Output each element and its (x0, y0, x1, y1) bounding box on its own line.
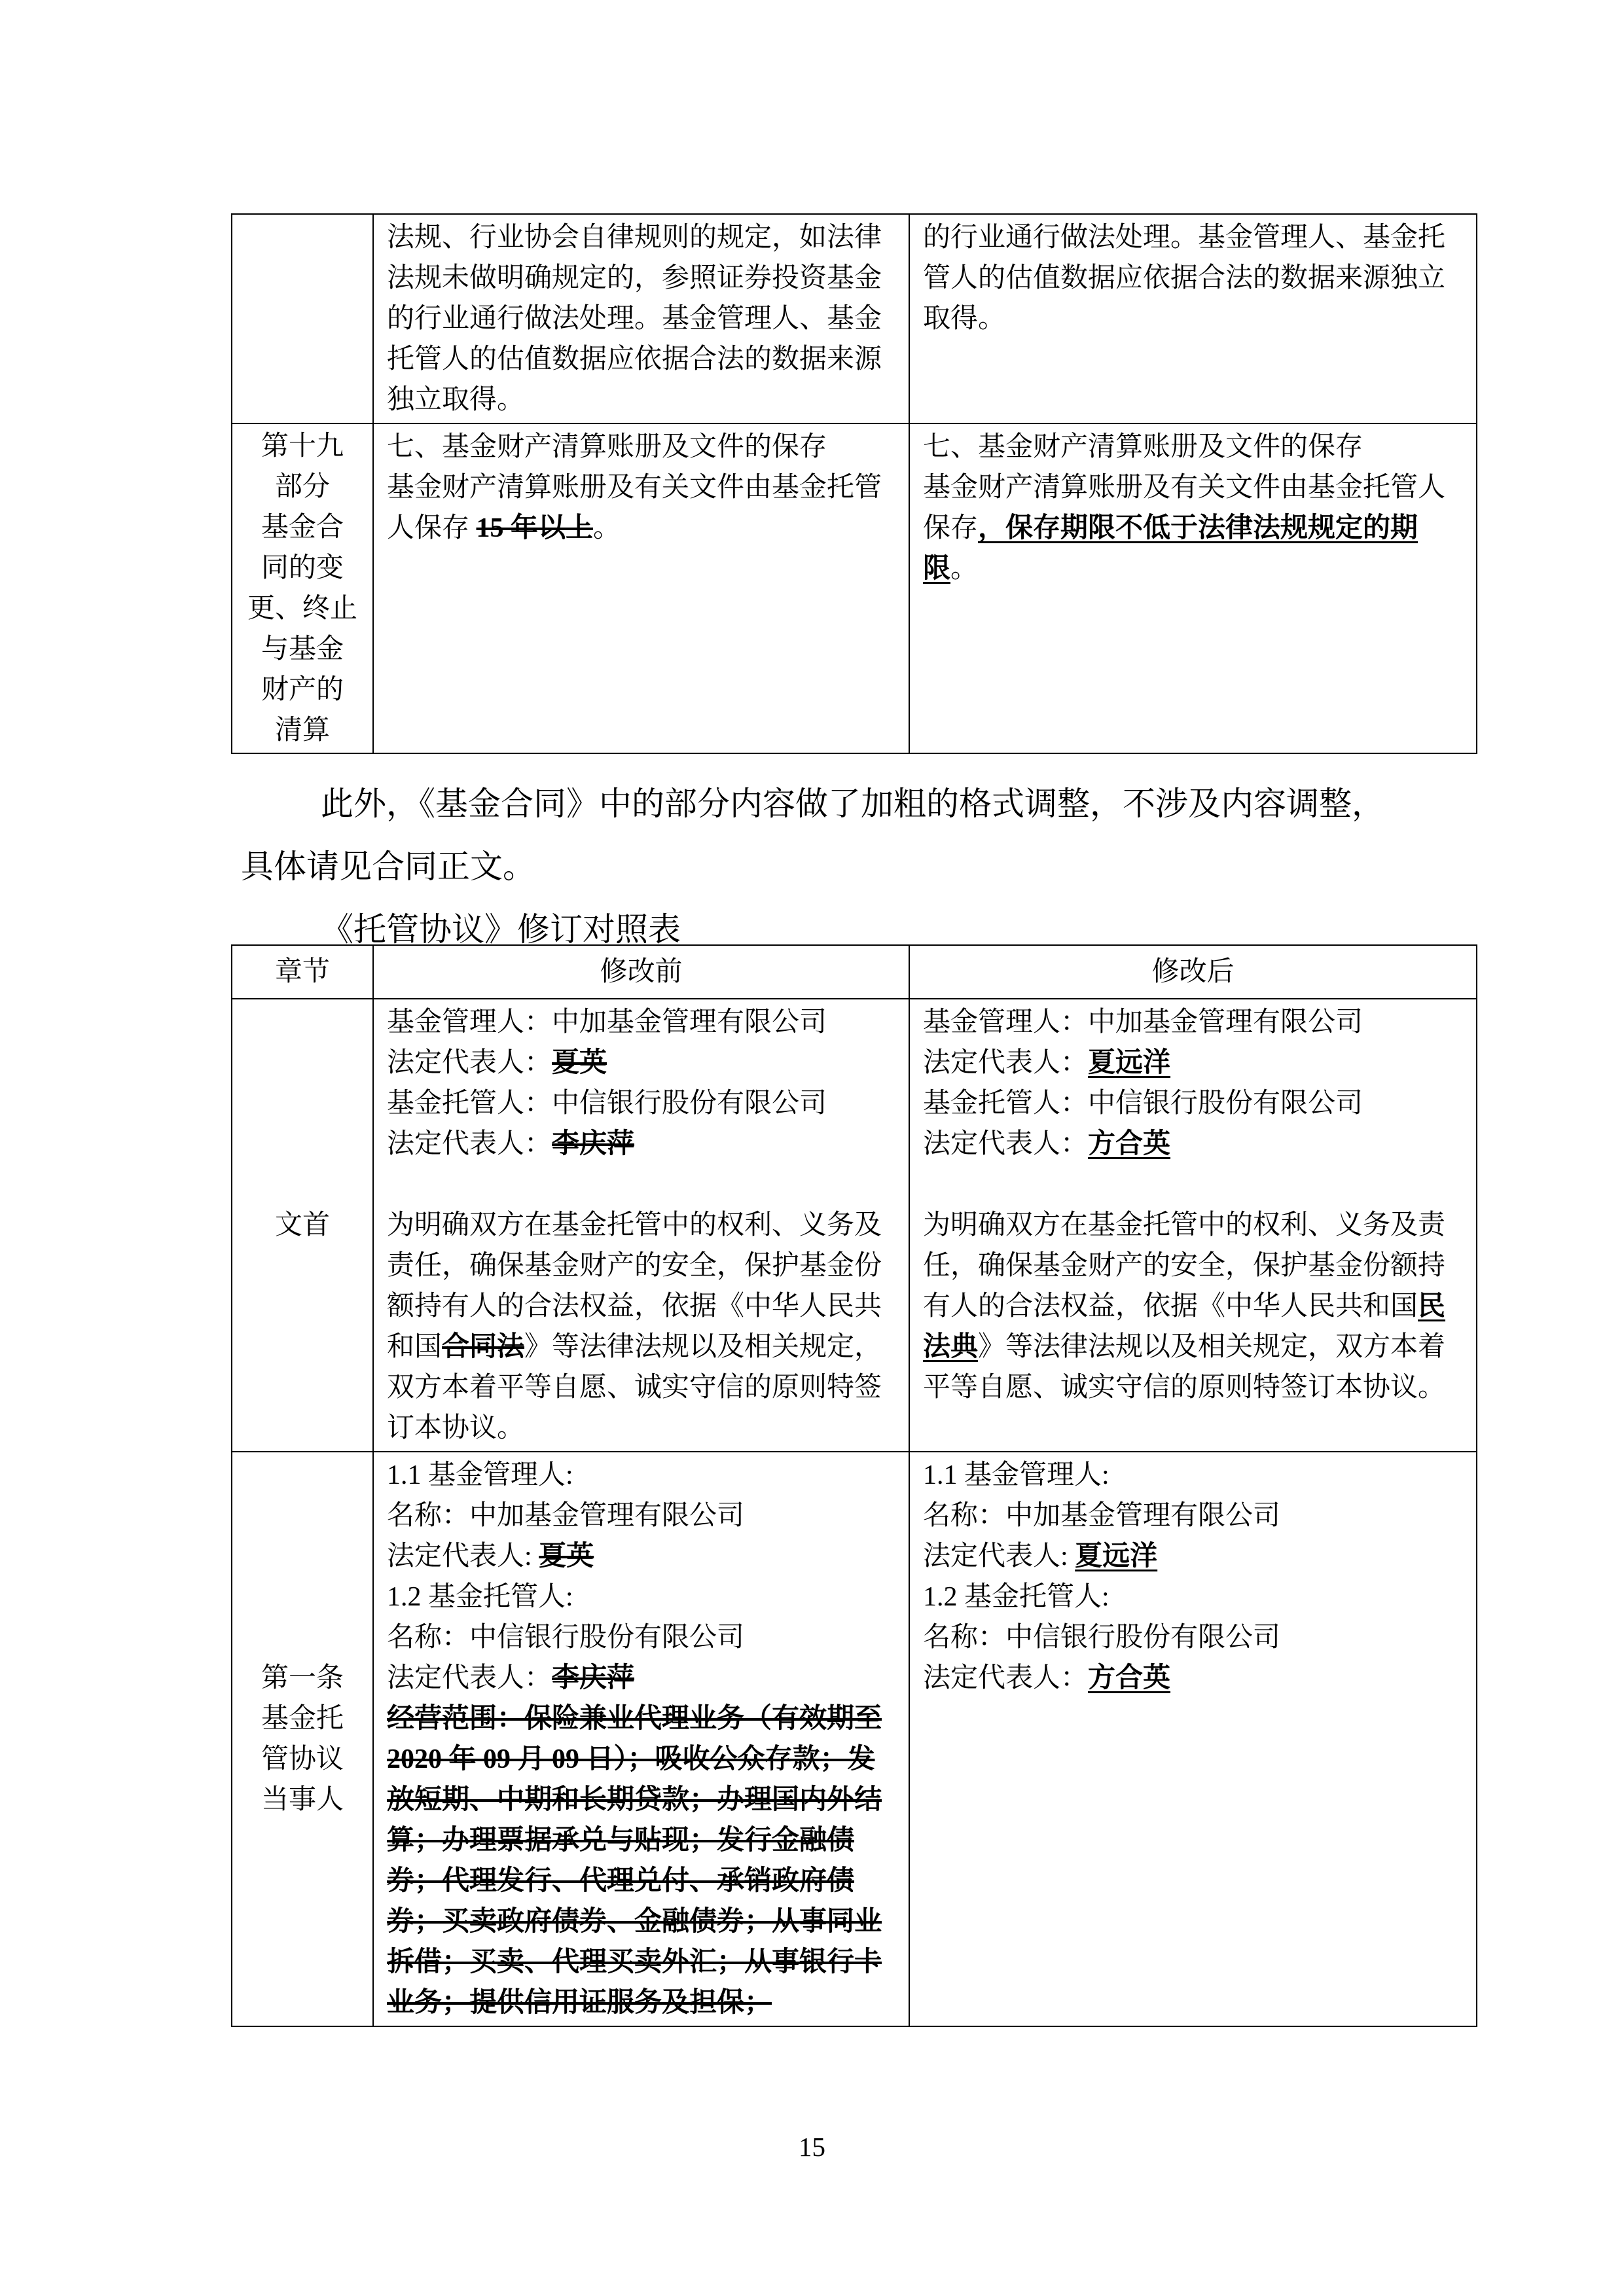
header-before: 修改前 (373, 945, 909, 999)
document-page: 法规、行业协会自律规则的规定，如法律法规未做明确规定的，参照证券投资基金的行业通… (0, 0, 1624, 2296)
before-cell: 1.1 基金管理人: 名称：中加基金管理有限公司 法定代表人: 夏英 1.2 基… (373, 1452, 909, 2026)
before-cell: 基金管理人：中加基金管理有限公司 法定代表人：夏英 基金托管人：中信银行股份有限… (373, 999, 909, 1452)
table-header-row: 章节 修改前 修改后 (232, 945, 1477, 999)
chapter-cell: 文首 (232, 999, 373, 1452)
fund-contract-revision-table: 法规、行业协会自律规则的规定，如法律法规未做明确规定的，参照证券投资基金的行业通… (231, 213, 1477, 754)
intro-paragraph: 此外，《基金合同》中的部分内容做了加粗的格式调整，不涉及内容调整，具体请见合同正… (241, 772, 1414, 898)
chapter-cell (232, 214, 373, 423)
after-cell: 的行业通行做法处理。基金管理人、基金托管人的估值数据应依据合法的数据来源独立取得… (909, 214, 1477, 423)
page-number: 15 (0, 2131, 1624, 2162)
chapter-cell: 第十九 部分 基金合 同的变 更、终止 与基金 财产的 清算 (232, 423, 373, 753)
after-cell: 基金管理人：中加基金管理有限公司 法定代表人：夏远洋 基金托管人：中信银行股份有… (909, 999, 1477, 1452)
custody-agreement-revision-table: 章节 修改前 修改后 文首 基金管理人：中加基金管理有限公司 法定代表人：夏英 … (231, 944, 1477, 2027)
header-chapter: 章节 (232, 945, 373, 999)
table-row: 第十九 部分 基金合 同的变 更、终止 与基金 财产的 清算 七、基金财产清算账… (232, 423, 1477, 753)
table-row: 文首 基金管理人：中加基金管理有限公司 法定代表人：夏英 基金托管人：中信银行股… (232, 999, 1477, 1452)
before-cell: 法规、行业协会自律规则的规定，如法律法规未做明确规定的，参照证券投资基金的行业通… (373, 214, 909, 423)
header-after: 修改后 (909, 945, 1477, 999)
after-cell: 1.1 基金管理人: 名称：中加基金管理有限公司 法定代表人: 夏远洋 1.2 … (909, 1452, 1477, 2026)
table-row: 法规、行业协会自律规则的规定，如法律法规未做明确规定的，参照证券投资基金的行业通… (232, 214, 1477, 423)
before-cell: 七、基金财产清算账册及文件的保存 基金财产清算账册及有关文件由基金托管人保存 1… (373, 423, 909, 753)
intro-block: 此外，《基金合同》中的部分内容做了加粗的格式调整，不涉及内容调整，具体请见合同正… (241, 772, 1414, 961)
chapter-cell: 第一条 基金托 管协议 当事人 (232, 1452, 373, 2026)
after-cell: 七、基金财产清算账册及文件的保存 基金财产清算账册及有关文件由基金托管人保存，保… (909, 423, 1477, 753)
table-row: 第一条 基金托 管协议 当事人 1.1 基金管理人: 名称：中加基金管理有限公司… (232, 1452, 1477, 2026)
